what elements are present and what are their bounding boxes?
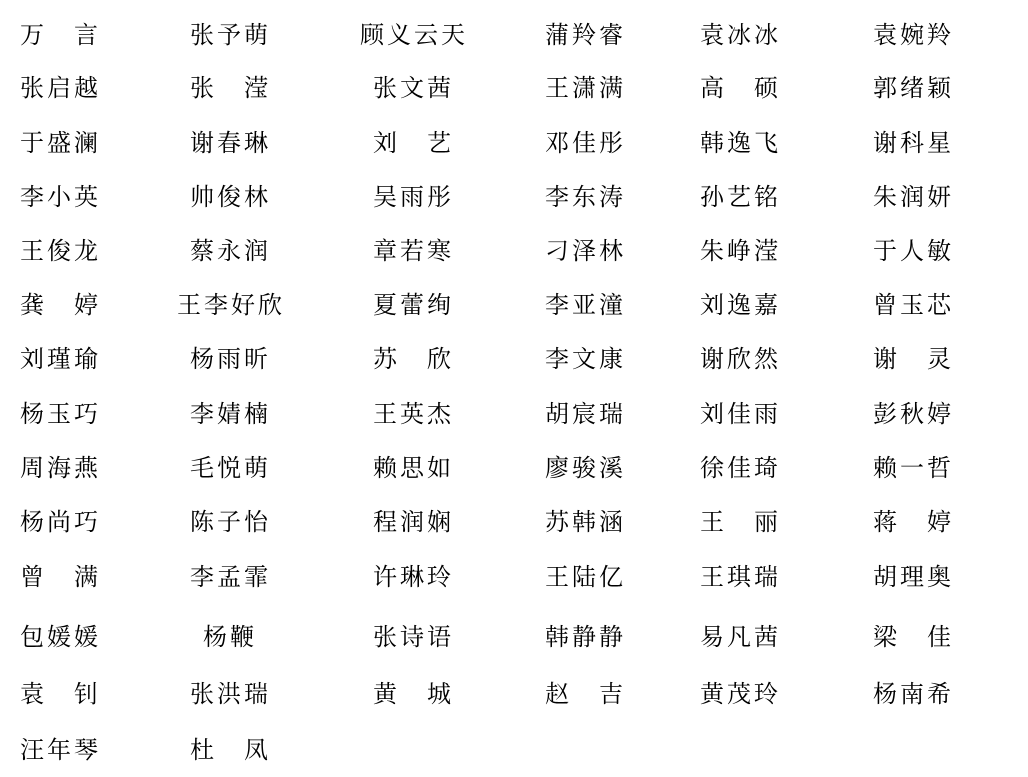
name-cell: 王潇满: [545, 68, 626, 108]
name-list-table: 万 言张予萌顾义云天蒲羚睿袁冰冰袁婉羚张启越张 滢张文茜王潇满高 硕郭绪颖于盛澜…: [0, 0, 1028, 777]
name-cell: 李孟霏: [190, 557, 271, 597]
name-cell: 许琳玲: [373, 557, 454, 597]
name-cell: 赖一哲: [873, 448, 954, 488]
name-cell: 王英杰: [373, 394, 454, 434]
name-cell: 程润娴: [373, 502, 454, 542]
name-cell: 王琪瑞: [700, 557, 781, 597]
name-cell: 袁冰冰: [700, 15, 781, 55]
name-cell: 梁 佳: [873, 617, 954, 657]
name-cell: 廖骏溪: [545, 448, 626, 488]
table-row: 周海燕毛悦萌赖思如廖骏溪徐佳琦赖一哲: [0, 448, 1028, 488]
table-row: 王俊龙蔡永润章若寒刁泽林朱峥滢于人敏: [0, 231, 1028, 271]
name-cell: 韩逸飞: [700, 123, 781, 163]
name-cell: 谢欣然: [700, 339, 781, 379]
name-cell: 高 硕: [700, 68, 781, 108]
name-cell: 杜 凤: [190, 730, 271, 770]
table-row: 刘瑾瑜杨雨昕苏 欣李文康谢欣然谢 灵: [0, 339, 1028, 379]
name-cell: 王陆亿: [545, 557, 626, 597]
name-cell: 王李好欣: [177, 285, 285, 325]
name-cell: 邓佳彤: [545, 123, 626, 163]
name-cell: 刘佳雨: [700, 394, 781, 434]
name-cell: 袁 钊: [20, 674, 101, 714]
name-cell: 赖思如: [373, 448, 454, 488]
name-cell: 杨雨昕: [190, 339, 271, 379]
table-row: 曾 满李孟霏许琳玲王陆亿王琪瑞胡理奥: [0, 557, 1028, 597]
name-cell: 赵 吉: [545, 674, 626, 714]
table-row: 杨玉巧李婧楠王英杰胡宸瑞刘佳雨彭秋婷: [0, 394, 1028, 434]
name-cell: 徐佳琦: [700, 448, 781, 488]
name-cell: 谢科星: [873, 123, 954, 163]
name-cell: 易凡茜: [700, 617, 781, 657]
name-cell: 李文康: [545, 339, 626, 379]
name-cell: 李亚潼: [545, 285, 626, 325]
name-cell: 曾 满: [20, 557, 101, 597]
name-cell: 李东涛: [545, 177, 626, 217]
name-cell: 汪年琴: [20, 730, 101, 770]
name-cell: 于盛澜: [20, 123, 101, 163]
name-cell: 帅俊林: [190, 177, 271, 217]
name-cell: 胡宸瑞: [545, 394, 626, 434]
name-cell: 杨玉巧: [20, 394, 101, 434]
table-row: 杨尚巧陈子怡程润娴苏韩涵王 丽蒋 婷: [0, 502, 1028, 542]
name-cell: 陈子怡: [190, 502, 271, 542]
name-cell: 于人敏: [873, 231, 954, 271]
name-cell: 张 滢: [190, 68, 271, 108]
name-cell: 苏韩涵: [545, 502, 626, 542]
name-cell: 朱峥滢: [700, 231, 781, 271]
name-cell: 胡理奥: [873, 557, 954, 597]
name-cell: 蔡永润: [190, 231, 271, 271]
table-row: 袁 钊张洪瑞黄 城赵 吉黄茂玲杨南希: [0, 674, 1028, 714]
name-cell: 刘逸嘉: [700, 285, 781, 325]
name-cell: 张启越: [20, 68, 101, 108]
name-cell: 黄茂玲: [700, 674, 781, 714]
name-cell: 杨南希: [873, 674, 954, 714]
name-cell: 刘瑾瑜: [20, 339, 101, 379]
name-cell: 刘 艺: [373, 123, 454, 163]
name-cell: 周海燕: [20, 448, 101, 488]
name-cell: 孙艺铭: [700, 177, 781, 217]
name-cell: 张文茜: [373, 68, 454, 108]
name-cell: 韩静静: [545, 617, 626, 657]
table-row: 李小英帅俊林吴雨彤李东涛孙艺铭朱润妍: [0, 177, 1028, 217]
name-cell: 章若寒: [373, 231, 454, 271]
name-cell: 夏蕾绚: [373, 285, 454, 325]
name-cell: 吴雨彤: [373, 177, 454, 217]
name-cell: 曾玉芯: [873, 285, 954, 325]
name-cell: 谢 灵: [873, 339, 954, 379]
name-cell: 李小英: [20, 177, 101, 217]
table-row: 包媛媛杨鞭张诗语韩静静易凡茜梁 佳: [0, 617, 1028, 657]
name-cell: 杨鞭: [203, 617, 257, 657]
name-cell: 苏 欣: [373, 339, 454, 379]
name-cell: 张予萌: [190, 15, 271, 55]
name-cell: 蒲羚睿: [545, 15, 626, 55]
name-cell: 顾义云天: [360, 15, 468, 55]
name-cell: 王俊龙: [20, 231, 101, 271]
name-cell: 袁婉羚: [873, 15, 954, 55]
name-cell: 黄 城: [373, 674, 454, 714]
table-row: 张启越张 滢张文茜王潇满高 硕郭绪颖: [0, 68, 1028, 108]
name-cell: 朱润妍: [873, 177, 954, 217]
name-cell: 万 言: [20, 15, 101, 55]
name-cell: 王 丽: [700, 502, 781, 542]
table-row: 万 言张予萌顾义云天蒲羚睿袁冰冰袁婉羚: [0, 15, 1028, 55]
table-row: 于盛澜谢春琳刘 艺邓佳彤韩逸飞谢科星: [0, 123, 1028, 163]
name-cell: 龚 婷: [20, 285, 101, 325]
name-cell: 李婧楠: [190, 394, 271, 434]
name-cell: 刁泽林: [545, 231, 626, 271]
name-cell: 杨尚巧: [20, 502, 101, 542]
name-cell: 彭秋婷: [873, 394, 954, 434]
name-cell: 郭绪颖: [873, 68, 954, 108]
name-cell: 张诗语: [373, 617, 454, 657]
table-row: 龚 婷王李好欣夏蕾绚李亚潼刘逸嘉曾玉芯: [0, 285, 1028, 325]
name-cell: 蒋 婷: [873, 502, 954, 542]
name-cell: 谢春琳: [190, 123, 271, 163]
name-cell: 毛悦萌: [190, 448, 271, 488]
name-cell: 张洪瑞: [190, 674, 271, 714]
name-cell: 包媛媛: [20, 617, 101, 657]
table-row: 汪年琴杜 凤: [0, 730, 1028, 770]
